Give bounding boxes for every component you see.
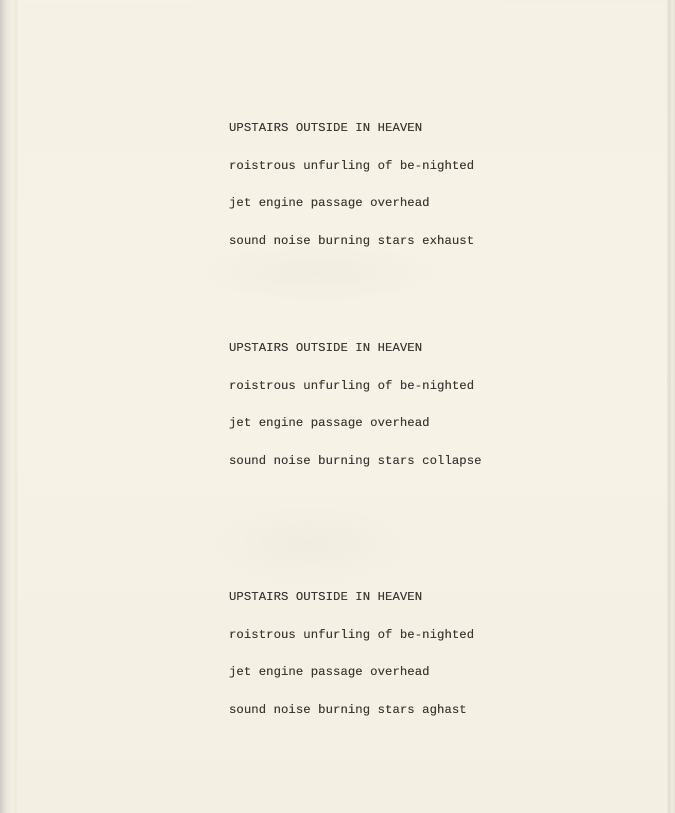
- page-right-edge: [667, 0, 675, 813]
- poem-line: sound noise burning stars aghast: [229, 702, 474, 740]
- poem-line: jet engine passage overhead: [229, 664, 474, 702]
- poem-line: sound noise burning stars exhaust: [229, 233, 474, 271]
- poem-line: roistrous unfurling of be-nighted: [229, 378, 482, 416]
- poem-line: jet engine passage overhead: [229, 195, 474, 233]
- stanza-title: UPSTAIRS OUTSIDE IN HEAVEN: [229, 589, 474, 627]
- poem-line: roistrous unfurling of be-nighted: [229, 627, 474, 665]
- poem-line: jet engine passage overhead: [229, 415, 482, 453]
- poem-line: sound noise burning stars collapse: [229, 453, 482, 491]
- poem-line: roistrous unfurling of be-nighted: [229, 158, 474, 196]
- stanza-3: UPSTAIRS OUTSIDE IN HEAVEN roistrous unf…: [229, 589, 474, 739]
- stanza-2: UPSTAIRS OUTSIDE IN HEAVEN roistrous unf…: [229, 340, 482, 490]
- stanza-title: UPSTAIRS OUTSIDE IN HEAVEN: [229, 120, 474, 158]
- stanza-1: UPSTAIRS OUTSIDE IN HEAVEN roistrous unf…: [229, 120, 474, 270]
- stanza-title: UPSTAIRS OUTSIDE IN HEAVEN: [229, 340, 482, 378]
